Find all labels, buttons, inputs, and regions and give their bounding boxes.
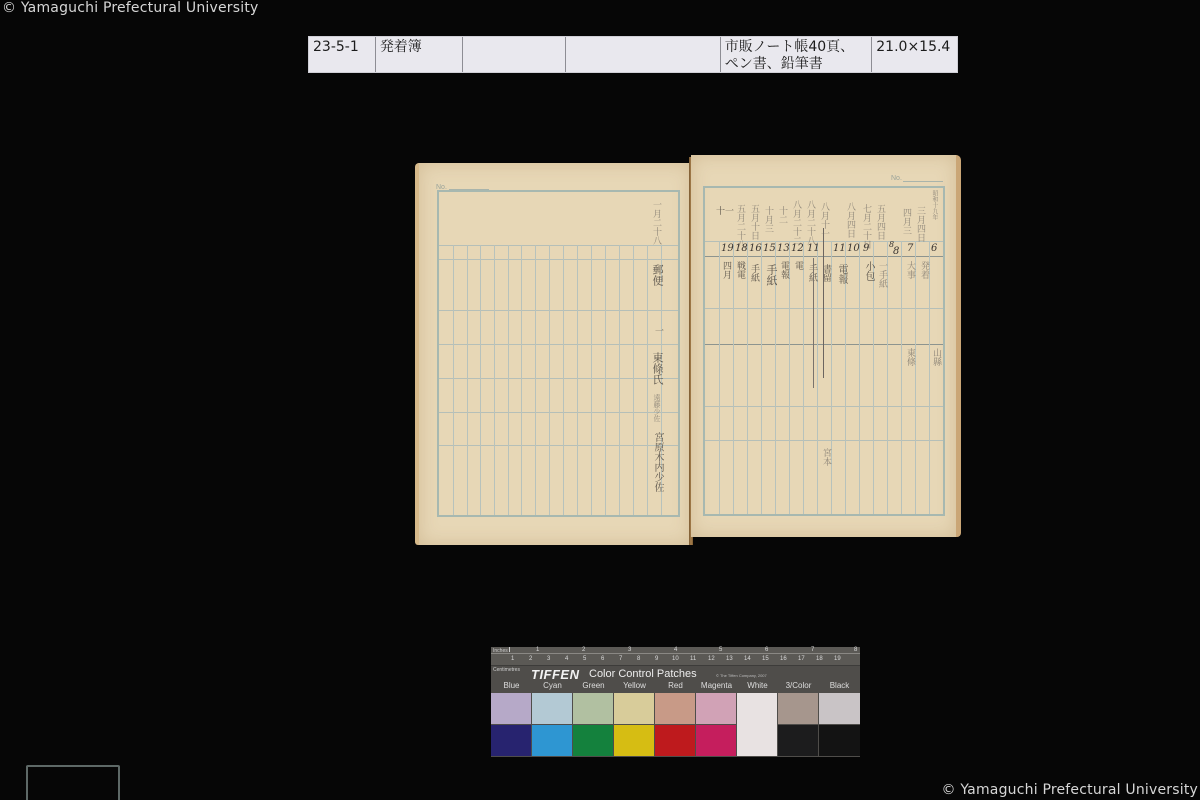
grid-col-line [549, 245, 550, 515]
cm-tick-label: 18 [816, 656, 823, 662]
cm-tick-label: 15 [762, 656, 769, 662]
handwritten-entry: 四月 [721, 261, 730, 279]
grid-columns [439, 245, 678, 515]
entry-number: 8 [893, 246, 899, 257]
grid-col-line [901, 241, 902, 514]
notebook-spread: No. [415, 155, 965, 547]
catalog-dimensions: 21.0×15.4 [872, 37, 957, 72]
patch-white [737, 693, 777, 756]
grid-col-line [647, 245, 648, 515]
grid-col-line [480, 245, 481, 515]
cm-tick-label: 4 [565, 656, 568, 662]
catalog-empty-cell [566, 37, 721, 72]
notebook-left-page: No. [415, 163, 691, 545]
patch-label: White [737, 681, 778, 693]
grid-col-line [831, 241, 832, 514]
patch-magenta-dark [696, 725, 736, 756]
handwritten-date: 十月三 [763, 206, 772, 233]
grid-col-line [887, 241, 888, 514]
cm-tick-label: 8 [637, 656, 640, 662]
grid-col-line [761, 241, 762, 514]
handwritten-date: 一月二十八 [651, 200, 660, 245]
catalog-id: 23-5-1 [309, 37, 376, 72]
handwritten-note: 一 [653, 326, 662, 335]
patch-green-light [573, 693, 613, 724]
handwritten-date: 八月二十二 [791, 200, 800, 245]
handwritten-date: 五月四日 [875, 204, 884, 240]
copyright-watermark-top: © Yamaguchi Prefectural University [2, 0, 259, 16]
grid-col-line [619, 245, 620, 515]
cm-tick-label: 1 [511, 656, 514, 662]
patch-magenta-light [696, 693, 736, 724]
patch-blue-light [491, 693, 531, 724]
patch-yellow-dark [614, 725, 654, 756]
grid-col-line [633, 245, 634, 515]
color-patches [491, 693, 860, 757]
handwritten-entry: 電 [793, 261, 802, 270]
patch-yellow-light [614, 693, 654, 724]
patch-cyan-dark [532, 725, 572, 756]
patch-red-dark [655, 725, 695, 756]
grid-col-line [789, 241, 790, 514]
handwritten-date: 十一 [716, 208, 734, 217]
patch-cyan-light [532, 693, 572, 724]
grid-col-line [577, 245, 578, 515]
grid-col-line [508, 245, 509, 515]
page-number-line [903, 181, 943, 182]
handwritten-entry: 山縣 [931, 348, 940, 366]
patch-3color-dark [778, 725, 818, 756]
cm-tick-label: 3 [547, 656, 550, 662]
handwritten-date: 三月四日 [915, 206, 924, 242]
handwritten-entry: 一手紙 [877, 261, 886, 288]
grid-col-line [605, 245, 606, 515]
cm-tick-label: 2 [529, 656, 532, 662]
handwritten-entry: 大事 [905, 261, 914, 279]
tiffen-logo: TIFFEN [531, 667, 580, 682]
entry-number: 13 [777, 243, 790, 254]
cm-tick-label: 7 [619, 656, 622, 662]
patch-labels: Blue Cyan Green Yellow Red Magenta White… [491, 681, 860, 693]
grid-col-line [817, 241, 818, 514]
handwritten-entry: 手紙 [807, 264, 816, 282]
entry-number: 18 [735, 243, 748, 254]
handwritten-entry: 手紙 [765, 264, 778, 286]
patch-green-dark [573, 725, 613, 756]
ruler-divider [491, 653, 860, 654]
patch-label: Green [573, 681, 614, 693]
grid-col-line [563, 245, 564, 515]
tiffen-color-chart: Inches 1 2 3 4 5 6 7 8 1 2 3 4 5 6 7 8 9… [491, 647, 860, 757]
grid-col-line [521, 245, 522, 515]
notebook-right-page: No. [691, 155, 961, 537]
handwritten-name: 遠藤少佐 [653, 394, 661, 422]
cm-tick-label: 9 [655, 656, 658, 662]
page-number-mark: No. [891, 175, 902, 182]
ruler: Inches 1 2 3 4 5 6 7 8 1 2 3 4 5 6 7 8 9… [491, 647, 860, 666]
cm-tick-label: 12 [708, 656, 715, 662]
entry-number: 15 [763, 243, 776, 254]
ledger-grid: 昭和十九年 十一 五月二十八 五月十日 十月三 十二 八月二十二 八月二十八 八… [703, 186, 945, 516]
handwritten-header: 昭和十九年 [931, 190, 937, 220]
patch-black-light [819, 693, 860, 724]
entry-number: 6 [931, 243, 937, 254]
handwritten-entry: 手紙 [749, 264, 758, 282]
patch-label: Cyan [532, 681, 573, 693]
cm-tick-label: 19 [834, 656, 841, 662]
patch-label: Magenta [696, 681, 737, 693]
patch-blue-dark [491, 725, 531, 756]
patch-label: Red [655, 681, 696, 693]
patch-label: 3/Color [778, 681, 819, 693]
handwritten-entry: 東條 [905, 348, 914, 366]
grid-col-line [747, 241, 748, 514]
patch-label: Blue [491, 681, 532, 693]
handwritten-date: 四月三 [901, 208, 910, 235]
grid-col-line [915, 241, 916, 514]
cm-tick-label: 16 [780, 656, 787, 662]
entry-number: 11 [807, 243, 820, 254]
entry-number: 12 [791, 243, 804, 254]
entry-number: 19 [721, 243, 734, 254]
handwritten-date: 十二 [777, 206, 786, 224]
handwritten-entry: 小包 [863, 261, 874, 281]
entry-number: 11 [833, 243, 846, 254]
copyright-watermark-bottom: © Yamaguchi Prefectural University [942, 782, 1199, 798]
grid-col-line [733, 241, 734, 514]
grid-col-line [803, 241, 804, 514]
ruler-tick [509, 647, 510, 652]
cm-tick-label: 17 [798, 656, 805, 662]
patch-label: Black [819, 681, 860, 693]
catalog-title: 発着簿 [376, 37, 463, 72]
patch-3color-light [778, 693, 818, 724]
chart-copyright: © The Tiffen Company, 2007 [716, 673, 767, 678]
catalog-label-strip: 23-5-1 発着簿 市販ノート帳40頁、ペン書、鉛筆書 21.0×15.4 [308, 36, 958, 73]
handwritten-date: 八月四日 [845, 202, 854, 238]
grid-col-line [467, 245, 468, 515]
chart-title: Color Control Patches [589, 668, 697, 680]
pencil-stroke [813, 258, 814, 388]
cm-tick-label: 14 [744, 656, 751, 662]
entry-number: 9 [863, 243, 869, 254]
pencil-stroke [823, 228, 824, 378]
ledger-grid: 一月二十八 郵便 一 東條氏 遠藤少佐 宮原木内少佐 [437, 190, 680, 517]
patch-label: Yellow [614, 681, 655, 693]
cm-tick-label: 13 [726, 656, 733, 662]
handwritten-entry: 発着 [919, 261, 928, 279]
handwritten-date: 五月十日 [749, 204, 758, 240]
cm-tick-label: 11 [690, 656, 696, 662]
entry-number: 16 [749, 243, 762, 254]
grid-col-line [494, 245, 495, 515]
handwritten-entry: 宮本 [821, 448, 830, 466]
catalog-empty-cell [463, 37, 567, 72]
handwritten-note: 郵便 [652, 264, 663, 286]
cm-tick-label: 6 [601, 656, 604, 662]
grid-col-line [873, 241, 874, 514]
cm-tick-label: 10 [672, 656, 679, 662]
grid-col-line [453, 245, 454, 515]
grid-col-line [929, 241, 930, 514]
ruler-centimetres-label: Centimetres [493, 667, 520, 673]
entry-number: 10 [847, 243, 860, 254]
grid-col-line [591, 245, 592, 515]
handwritten-entry: 電報 [779, 261, 788, 279]
grid-col-line [535, 245, 536, 515]
cm-tick-label: 5 [583, 656, 586, 662]
patch-red-light [655, 693, 695, 724]
handwritten-name: 東條氏 [651, 352, 663, 385]
catalog-description: 市販ノート帳40頁、ペン書、鉛筆書 [721, 37, 873, 72]
handwritten-entry: 戦電 [735, 261, 744, 279]
grid-col-line [719, 241, 720, 514]
grid-col-line [859, 241, 860, 514]
entry-number: 7 [907, 243, 913, 254]
handwritten-entry: 電報 [835, 264, 847, 284]
patch-black-dark [819, 725, 860, 756]
glass-weight [26, 765, 120, 800]
handwritten-date: 八月二十八 [805, 200, 814, 245]
handwritten-name: 宮原木内少佐 [651, 432, 663, 492]
